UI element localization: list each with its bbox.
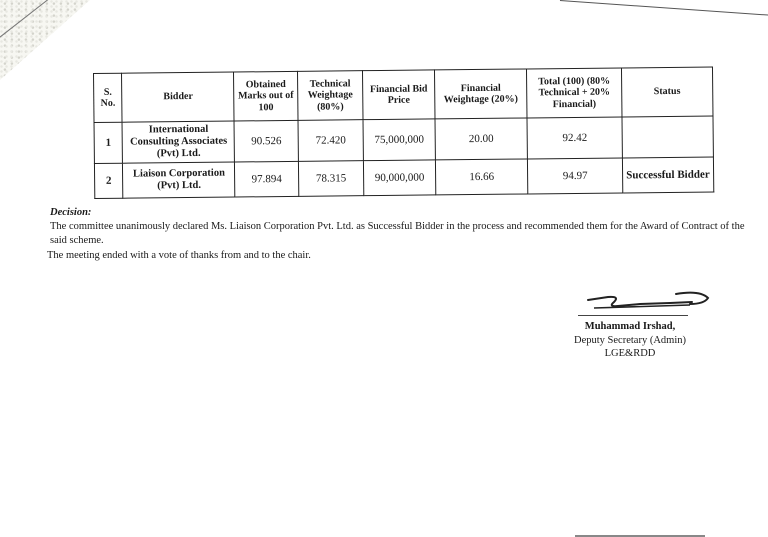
header-financial: Financial Weightage (20%) — [434, 69, 527, 119]
cell-financial: 16.66 — [435, 159, 528, 195]
cell-marks: 90.526 — [234, 120, 298, 162]
table-row: 1 International Consulting Associates (P… — [94, 116, 713, 164]
cell-bidder: International Consulting Associates (Pvt… — [122, 121, 235, 163]
cell-bid-price: 90,000,000 — [364, 160, 436, 196]
header-total: Total (100) (80% Technical + 20% Financi… — [527, 68, 622, 118]
header-marks: Obtained Marks out of 100 — [234, 71, 298, 121]
signatory-designation: Deputy Secretary (Admin) — [560, 334, 700, 348]
cell-status: Successful Bidder — [622, 157, 714, 193]
signatory-block: Muhammad Irshad, Deputy Secretary (Admin… — [560, 320, 700, 361]
signatory-name: Muhammad Irshad, — [560, 320, 700, 334]
cell-marks: 97.894 — [235, 162, 299, 198]
table-row: 2 Liaison Corporation (Pvt) Ltd. 97.894 … — [94, 157, 713, 198]
header-bid-price: Financial Bid Price — [363, 70, 435, 120]
page-edge — [560, 0, 768, 16]
header-sno: S. No. — [94, 73, 123, 122]
decision-text: The committee unanimously declared Ms. L… — [50, 220, 750, 248]
header-status: Status — [621, 67, 713, 117]
signature-line — [578, 315, 688, 316]
cell-sno: 1 — [94, 122, 123, 163]
table-header-row: S. No. Bidder Obtained Marks out of 100 … — [94, 67, 713, 122]
header-technical: Technical Weightage (80%) — [297, 71, 363, 121]
cell-sno: 2 — [94, 163, 123, 198]
evaluation-table-container: S. No. Bidder Obtained Marks out of 100 … — [93, 67, 714, 200]
cell-financial: 20.00 — [435, 118, 528, 160]
closing-statement: The meeting ended with a vote of thanks … — [47, 250, 311, 261]
folded-page-corner — [0, 0, 100, 80]
decision-section: Decision: The committee unanimously decl… — [50, 206, 750, 249]
header-bidder: Bidder — [122, 72, 235, 122]
cell-bidder: Liaison Corporation (Pvt) Ltd. — [123, 162, 236, 198]
cell-status — [622, 116, 714, 158]
cell-total: 92.42 — [527, 117, 622, 159]
evaluation-table: S. No. Bidder Obtained Marks out of 100 … — [93, 67, 714, 200]
cell-technical: 72.420 — [298, 120, 364, 162]
cell-technical: 78.315 — [298, 161, 364, 197]
decision-label: Decision: — [50, 206, 750, 220]
signature-scribble — [580, 288, 720, 312]
signatory-department: LGE&RDD — [560, 347, 700, 361]
cell-bid-price: 75,000,000 — [363, 119, 435, 161]
cell-total: 94.97 — [528, 158, 623, 194]
